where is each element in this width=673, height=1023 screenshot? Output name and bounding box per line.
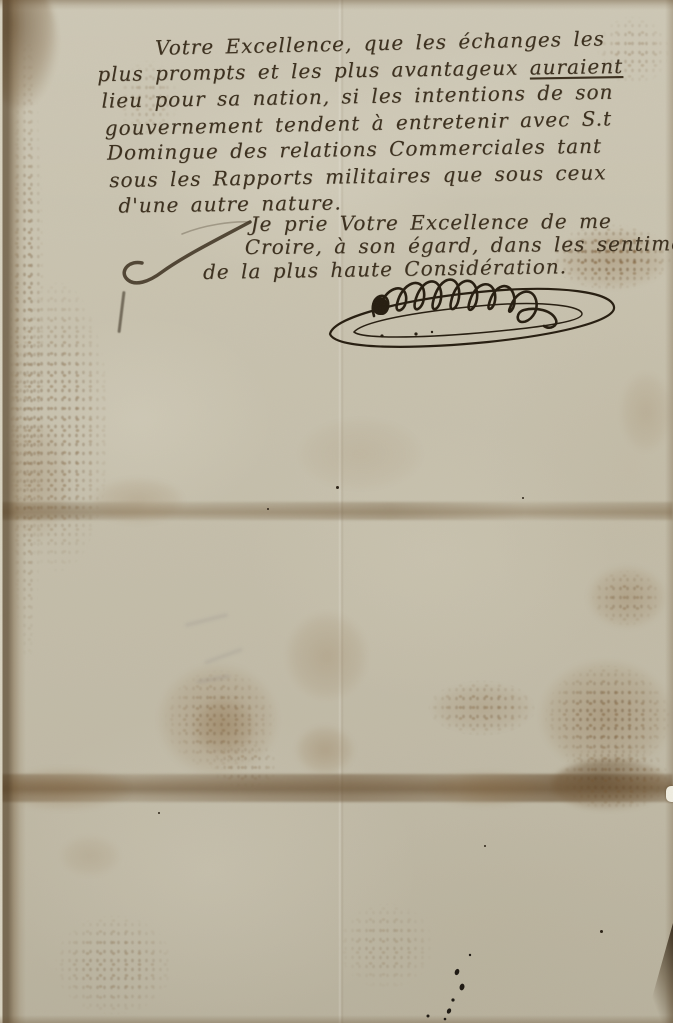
stain xyxy=(296,726,354,774)
stain xyxy=(560,742,670,812)
stain xyxy=(432,684,532,732)
ink-speck xyxy=(522,497,524,499)
stain xyxy=(210,740,280,788)
signature xyxy=(320,266,625,366)
ink-speck xyxy=(158,812,160,814)
stain xyxy=(286,612,368,700)
ink-spatter xyxy=(405,940,495,1023)
ink-speck xyxy=(484,845,486,847)
stain xyxy=(60,836,120,876)
ink-speck xyxy=(336,486,339,489)
signature-dot xyxy=(431,331,433,333)
stain xyxy=(592,570,662,626)
stain xyxy=(92,478,184,524)
stain xyxy=(298,418,423,490)
signature-dot xyxy=(380,334,383,337)
stain xyxy=(428,772,543,806)
bottom-edge-shadow xyxy=(0,1015,673,1023)
stain xyxy=(55,915,173,1015)
ink-speck xyxy=(267,508,269,510)
manuscript-letter-page: Votre Excellence, que les échanges les p… xyxy=(0,0,673,1023)
closing-flourish-stroke xyxy=(112,212,262,302)
right-edge-shadow xyxy=(665,0,673,1023)
top-edge-shadow xyxy=(0,0,673,10)
right-edge-tear-notch xyxy=(666,786,673,802)
left-edge-freckles xyxy=(10,40,44,660)
signature-dot xyxy=(414,332,417,335)
underlined-word: auraient xyxy=(530,53,624,78)
ink-speck xyxy=(600,930,603,933)
